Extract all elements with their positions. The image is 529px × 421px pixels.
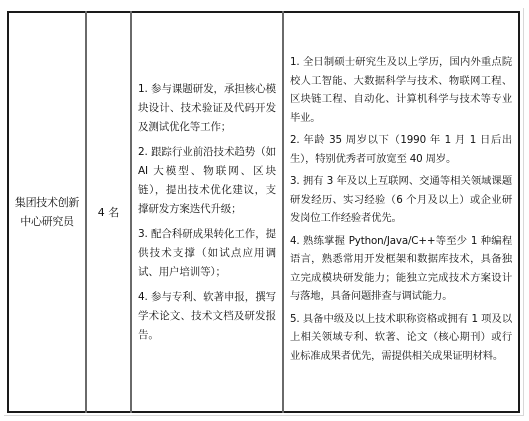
duty-item: 4. 参与专利、软著申报，撰写学术论文、技术文档及研发报告。 bbox=[138, 288, 276, 345]
duty-item: 1. 参与课题研发，承担核心模块设计、技术验证及代码开发及测试优化等工作； bbox=[138, 80, 276, 137]
duty-item: 3. 配合科研成果转化工作，提供技术支撑（如试点应用调试、用户培训等）； bbox=[138, 225, 276, 282]
position-title-line: 集团技术创新 bbox=[11, 193, 83, 212]
headcount-cell: 4 名 bbox=[86, 12, 131, 412]
headcount-value: 4 名 bbox=[98, 206, 120, 219]
duties-cell: 1. 参与课题研发，承担核心模块设计、技术验证及代码开发及测试优化等工作； 2.… bbox=[131, 12, 283, 412]
requirement-item: 2. 年龄 35 周岁以下（1990 年 1 月 1 日后出生），特别优秀者可放… bbox=[290, 131, 512, 168]
requirement-item: 3. 拥有 3 年及以上互联网、交通等相关领域课题研发经历、实习经验（6 个月及… bbox=[290, 172, 512, 228]
position-title-cell: 集团技术创新 中心研究员 bbox=[8, 12, 86, 412]
position-title-line: 中心研究员 bbox=[11, 212, 83, 231]
table-row: 集团技术创新 中心研究员 4 名 1. 参与课题研发，承担核心模块设计、技术验证… bbox=[8, 12, 519, 412]
requirement-item: 5. 具备中级及以上技术职称资格或拥有 1 项及以上相关领域专利、软著、论文（核… bbox=[290, 310, 512, 366]
duty-item: 2. 跟踪行业前沿技术趋势（如 AI 大模型、物联网、区块链），提出技术优化建议… bbox=[138, 143, 276, 219]
job-requirements-table: 集团技术创新 中心研究员 4 名 1. 参与课题研发，承担核心模块设计、技术验证… bbox=[7, 11, 520, 413]
requirement-item: 4. 熟练掌握 Python/Java/C++等至少 1 种编程语言，熟悉常用开… bbox=[290, 232, 512, 306]
requirement-item: 1. 全日制硕士研究生及以上学历，国内外重点院校人工智能、大数据科学与技术、物联… bbox=[290, 53, 512, 127]
requirements-cell: 1. 全日制硕士研究生及以上学历，国内外重点院校人工智能、大数据科学与技术、物联… bbox=[283, 12, 519, 412]
